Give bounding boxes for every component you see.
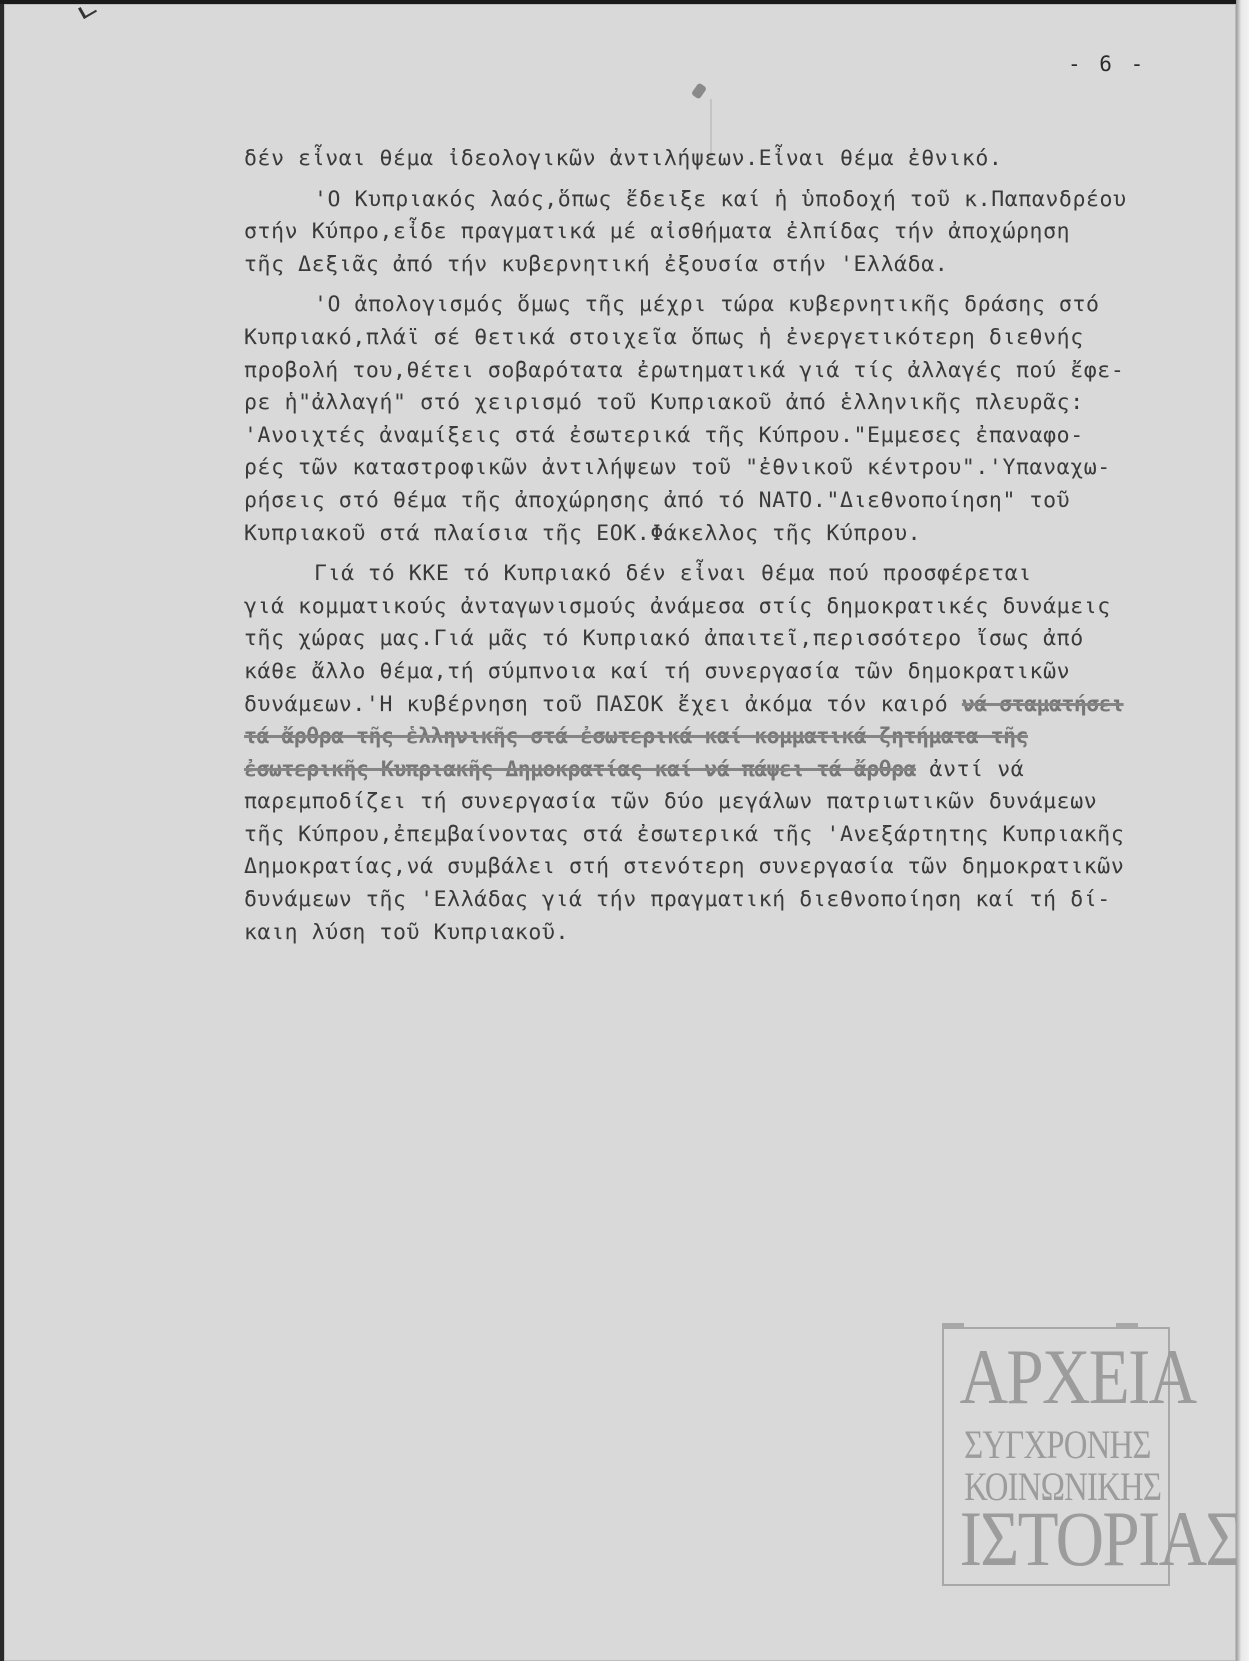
line-text: ρε ἡ"ἀλλαγή" στό χειρισμό τοῦ Κυπριακοῦ …	[244, 390, 1084, 415]
line-text: τῆς Δεξιᾶς ἀπό τήν κυβερνητική ἐξουσία σ…	[244, 252, 948, 277]
line-text: τῆς χώρας μας.Γιά μᾶς τό Κυπριακό ἀπαιτε…	[244, 626, 1084, 651]
document-body: δέν εἶναι θέμα ἰδεολογικῶν ἀντιλήψεων.Εἶ…	[244, 143, 1244, 949]
line-text: παρεμποδίζει τή συνεργασία τῶν δύο μεγάλ…	[244, 789, 1097, 814]
line-text: ρήσεις στό θέμα τῆς ἀποχώρησης ἀπό τό ΝΑ…	[244, 488, 1070, 513]
text-line: τῆς Κύπρου,ἐπεμβαίνοντας στά ἐσωτερικά τ…	[244, 819, 1244, 852]
text-line: ρε ἡ"ἀλλαγή" στό χειρισμό τοῦ Κυπριακοῦ …	[244, 387, 1244, 420]
line-text: 'Ο ἀπολογισμός ὅμως τῆς μέχρι τώρα κυβερ…	[314, 292, 1100, 317]
text-line: Γιά τό ΚΚΕ τό Κυπριακό δέν εἶναι θέμα πο…	[244, 558, 1244, 591]
text-line: δέν εἶναι θέμα ἰδεολογικῶν ἀντιλήψεων.Εἶ…	[244, 143, 1244, 176]
text-line: τῆς χώρας μας.Γιά μᾶς τό Κυπριακό ἀπαιτε…	[244, 623, 1244, 656]
line-text: καιη λύση τοῦ Κυπριακοῦ.	[244, 920, 569, 945]
line-text: δέν εἶναι θέμα ἰδεολογικῶν ἀντιλήψεων.Εἶ…	[244, 146, 1002, 171]
struck-through-text: τά ἄρθρα τῆς ἑλληνικῆς στά ἐσωτερικά καί…	[244, 724, 1028, 749]
text-line: γιά κομματικούς ἀνταγωνισμούς ἀνάμεσα στ…	[244, 591, 1244, 624]
text-line: ρήσεις στό θέμα τῆς ἀποχώρησης ἀπό τό ΝΑ…	[244, 485, 1244, 518]
line-text: ρές τῶν καταστροφικῶν ἀντιλήψεων τοῦ "ἐθ…	[244, 455, 1111, 480]
line-text: δυνάμεων.'Η κυβέρνηση τοῦ ΠΑΣΟΚ ἔχει ἀκό…	[244, 692, 962, 717]
text-line: στήν Κύπρο,εἶδε πραγματικά μέ αἰσθήματα …	[244, 216, 1244, 249]
document-page: - 6 - δέν εἶναι θέμα ἰδεολογικῶν ἀντιλήψ…	[4, 4, 1236, 1661]
text-line: δυνάμεων τῆς 'Ελλάδας γιά τήν πραγματική…	[244, 884, 1244, 917]
line-text: 'Ο Κυπριακός λαός,ὅπως ἔδειξε καί ἡ ὑποδ…	[314, 187, 1127, 212]
stamp-line-1: ΑΡΧΕΙΑ	[960, 1337, 1153, 1417]
text-line: Κυπριακοῦ στά πλαίσια τῆς ΕΟΚ.Φάκελλος τ…	[244, 518, 1244, 551]
line-text: ἀντί νά	[916, 757, 1024, 782]
text-line: 'Ο ἀπολογισμός ὅμως τῆς μέχρι τώρα κυβερ…	[244, 289, 1244, 322]
archive-stamp: ΑΡΧΕΙΑ ΣΥΓΧΡΟΝΗΣ ΚΟΙΝΩΝΙΚΗΣ ΙΣΤΟΡΙΑΣ	[942, 1327, 1170, 1586]
text-line: τά ἄρθρα τῆς ἑλληνικῆς στά ἐσωτερικά καί…	[244, 721, 1244, 754]
stamp-line-4: ΙΣΤΟΡΙΑΣ	[960, 1499, 1153, 1579]
paragraph-gap	[244, 281, 1244, 289]
struck-through-text: ἐσωτερικῆς Κυπριακῆς Δημοκρατίας καί νά …	[244, 757, 916, 782]
page-number: - 6 -	[1068, 52, 1146, 76]
scan-right-edge	[1236, 0, 1249, 1661]
corner-mark	[78, 1, 97, 19]
line-text: κάθε ἄλλο θέμα,τή σύμπνοια καί τή συνεργ…	[244, 659, 1070, 684]
text-line: προβολή του,θέτει σοβαρότατα ἐρωτηματικά…	[244, 355, 1244, 388]
line-text: γιά κομματικούς ἀνταγωνισμούς ἀνάμεσα στ…	[244, 594, 1111, 619]
text-line: τῆς Δεξιᾶς ἀπό τήν κυβερνητική ἐξουσία σ…	[244, 249, 1244, 282]
struck-through-text: νά σταματήσει	[962, 692, 1124, 717]
line-text: Δημοκρατίας,νά συμβάλει στή στενότερη συ…	[244, 854, 1124, 879]
text-line: καιη λύση τοῦ Κυπριακοῦ.	[244, 917, 1244, 950]
line-text: τῆς Κύπρου,ἐπεμβαίνοντας στά ἐσωτερικά τ…	[244, 822, 1124, 847]
ink-smudge	[691, 82, 707, 99]
line-text: Κυπριακό,πλάϊ σέ θετικά στοιχεῖα ὅπως ἡ …	[244, 325, 1084, 350]
text-line: ἐσωτερικῆς Κυπριακῆς Δημοκρατίας καί νά …	[244, 754, 1244, 787]
text-line: Δημοκρατίας,νά συμβάλει στή στενότερη συ…	[244, 851, 1244, 884]
line-text: Κυπριακοῦ στά πλαίσια τῆς ΕΟΚ.Φάκελλος τ…	[244, 521, 921, 546]
line-text: δυνάμεων τῆς 'Ελλάδας γιά τήν πραγματική…	[244, 887, 1111, 912]
line-text: Γιά τό ΚΚΕ τό Κυπριακό δέν εἶναι θέμα πο…	[314, 561, 1032, 586]
stamp-bracket	[1116, 1323, 1138, 1329]
line-text: στήν Κύπρο,εἶδε πραγματικά μέ αἰσθήματα …	[244, 219, 1070, 244]
stamp-bracket	[942, 1323, 964, 1329]
text-line: Κυπριακό,πλάϊ σέ θετικά στοιχεῖα ὅπως ἡ …	[244, 322, 1244, 355]
line-text: 'Ανοιχτές ἀναμίξεις στά ἐσωτερικά τῆς Κύ…	[244, 423, 1084, 448]
line-text: προβολή του,θέτει σοβαρότατα ἐρωτηματικά…	[244, 358, 1124, 383]
text-line: δυνάμεων.'Η κυβέρνηση τοῦ ΠΑΣΟΚ ἔχει ἀκό…	[244, 689, 1244, 722]
text-line: παρεμποδίζει τή συνεργασία τῶν δύο μεγάλ…	[244, 786, 1244, 819]
text-line: 'Ανοιχτές ἀναμίξεις στά ἐσωτερικά τῆς Κύ…	[244, 420, 1244, 453]
text-line: 'Ο Κυπριακός λαός,ὅπως ἔδειξε καί ἡ ὑποδ…	[244, 184, 1244, 217]
text-line: ρές τῶν καταστροφικῶν ἀντιλήψεων τοῦ "ἐθ…	[244, 452, 1244, 485]
text-line: κάθε ἄλλο θέμα,τή σύμπνοια καί τή συνεργ…	[244, 656, 1244, 689]
stamp-line-2: ΣΥΓΧΡΟΝΗΣ	[964, 1425, 1148, 1465]
paragraph-gap	[244, 550, 1244, 558]
paragraph-gap	[244, 176, 1244, 184]
